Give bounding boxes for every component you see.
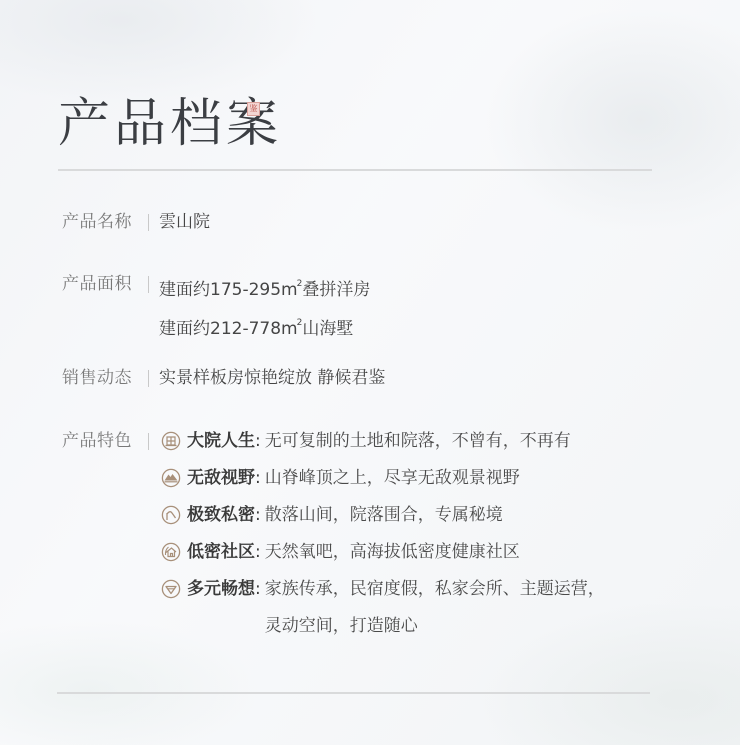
seal-stamp-icon: 鉴: [247, 102, 260, 116]
label-sales-status: 销售动态: [62, 362, 142, 395]
label-product-features: 产品特色: [62, 423, 142, 460]
value-sales-status: 实景样板房惊艳绽放 静候君鉴: [159, 362, 385, 395]
separator: [148, 370, 149, 387]
label-product-area: 产品面积: [62, 268, 142, 301]
courtyard-icon: [161, 431, 181, 451]
top-divider: [58, 169, 652, 171]
area-line-townhouse: 建面约175-295m2叠拼洋房: [159, 268, 370, 307]
row-product-area: 产品面积 建面约175-295m2叠拼洋房 建面约212-778m2山海墅: [62, 268, 370, 346]
feature-item: 无敌视野 : 山脊峰顶之上，尽享无敌观景视野: [159, 460, 605, 497]
feature-item: 极致私密 : 散落山间，院落围合，专属秘境: [159, 497, 605, 534]
label-product-name: 产品名称: [62, 206, 142, 239]
product-profile-page: 产品档案 鉴 产品名称 雲山院 产品面积 建面约175-295m2叠拼洋房 建面…: [0, 0, 740, 745]
feature-item: 大院人生 : 无可复制的土地和院落，不曾有，不再有: [159, 423, 605, 460]
feature-item: 低密社区 : 天然氧吧，高海拔低密度健康社区: [159, 534, 605, 571]
bottom-divider: [57, 692, 650, 694]
gem-icon: [161, 579, 181, 599]
house-icon: [161, 542, 181, 562]
feature-list: 大院人生 : 无可复制的土地和院落，不曾有，不再有 无敌视野 : 山脊峰顶之上，…: [159, 423, 605, 645]
value-product-area: 建面约175-295m2叠拼洋房 建面约212-778m2山海墅: [159, 268, 370, 346]
value-product-name: 雲山院: [159, 206, 210, 239]
row-sales-status: 销售动态 实景样板房惊艳绽放 静候君鉴: [62, 362, 385, 395]
feature-item: 多元畅想 : 家族传承，民宿度假，私家会所、主题运营， 灵动空间，打造随心: [159, 571, 605, 645]
separator: [148, 433, 149, 450]
separator: [148, 214, 149, 231]
row-product-name: 产品名称 雲山院: [62, 206, 210, 239]
mountain-icon: [161, 468, 181, 488]
path-icon: [161, 505, 181, 525]
row-product-features: 产品特色 大院人生 : 无可复制的土地和院落，不曾有，不再有 无敌视野: [62, 423, 605, 645]
area-line-villa: 建面约212-778m2山海墅: [159, 307, 370, 346]
separator: [148, 276, 149, 293]
